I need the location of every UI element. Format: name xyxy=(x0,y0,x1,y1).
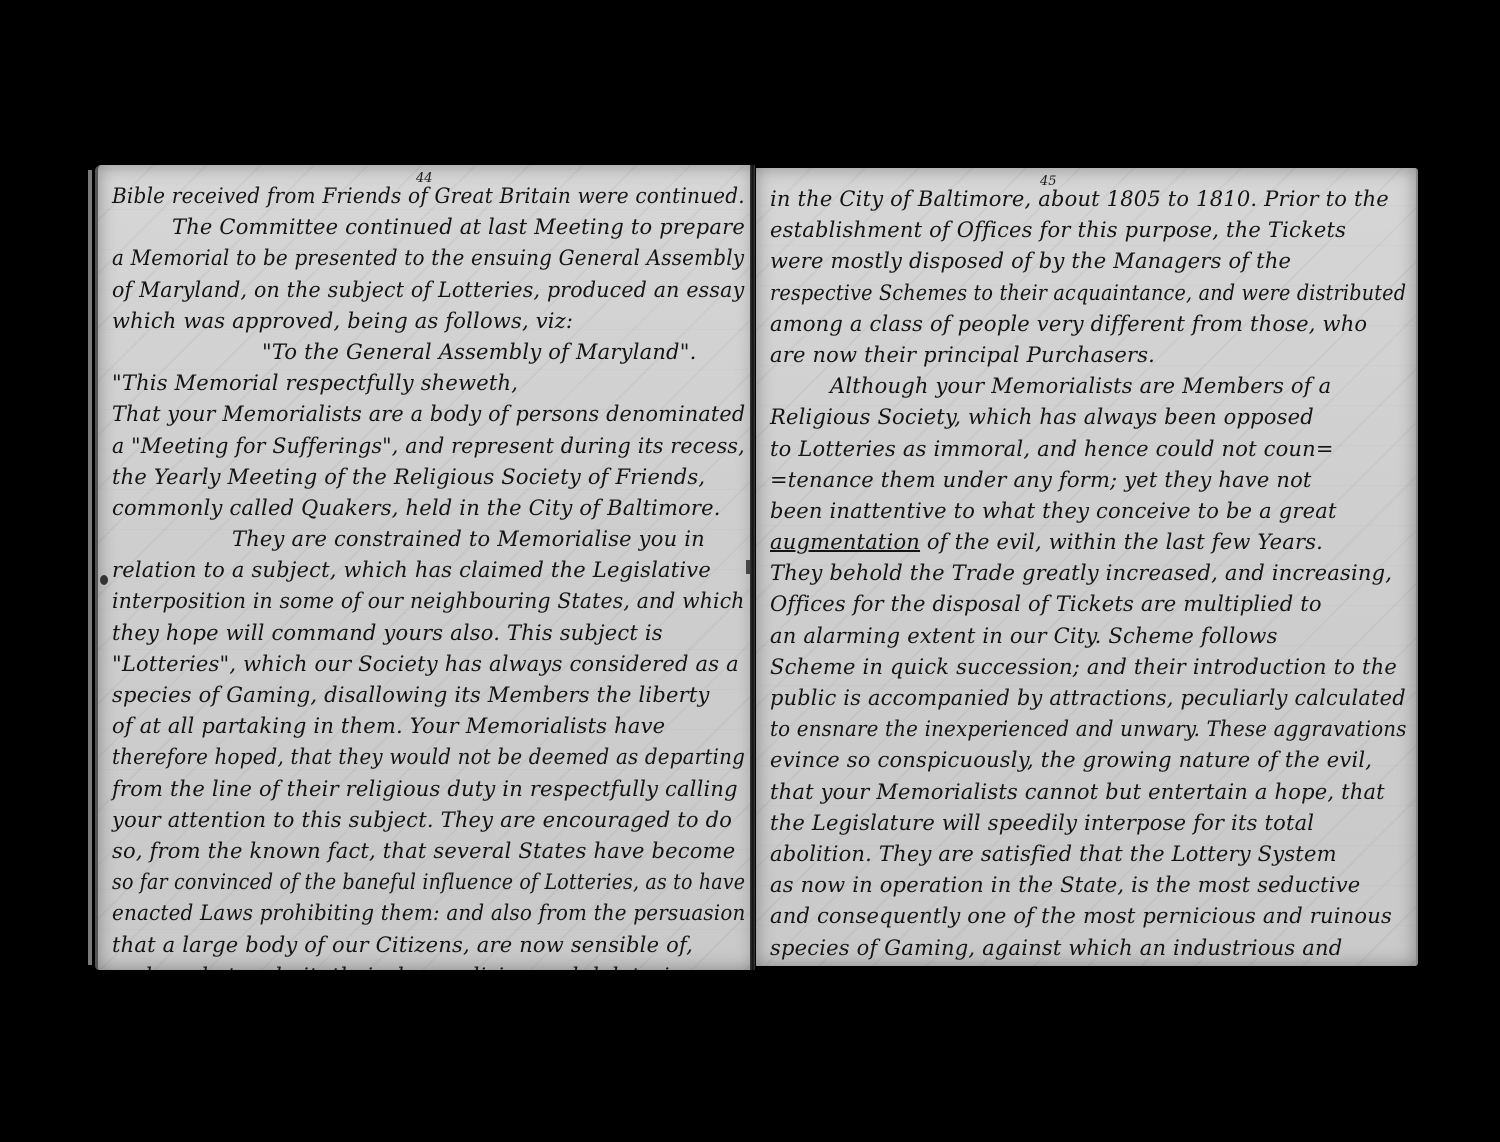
text-line: a "Meeting for Sufferings", and represen… xyxy=(112,431,730,462)
text-line: commonly called Quakers, held in the Cit… xyxy=(112,493,745,524)
text-line: respective Schemes to their acquaintance… xyxy=(770,278,1351,309)
text-line: "Lotteries", which our Society has alway… xyxy=(112,649,745,680)
text-line: The Committee continued at last Meeting … xyxy=(112,212,745,243)
text-line: establishment of Offices for this purpos… xyxy=(770,215,1406,246)
underlined-word: augmentation xyxy=(770,530,920,554)
text-line: =tenance them under any form; yet they h… xyxy=(770,465,1406,496)
text-line: relation to a subject, which has claimed… xyxy=(112,555,745,586)
book-gutter xyxy=(750,165,755,970)
text-line: "This Memorial respectfully sheweth, xyxy=(112,368,745,399)
handwritten-text: in the City of Baltimore, about 1805 to … xyxy=(770,184,1406,966)
text-line: been inattentive to what they conceive t… xyxy=(770,496,1406,527)
text-line: which was approved, being as follows, vi… xyxy=(112,306,745,337)
text-line: that a large body of our Citizens, are n… xyxy=(112,930,745,961)
handwritten-text: Bible received from Friends of Great Bri… xyxy=(112,181,745,970)
left-page: 44 Bible received from Friends of Great … xyxy=(95,165,755,970)
text-line: of Maryland, on the subject of Lotteries… xyxy=(112,275,731,306)
text-line: enacted Laws prohibiting them: and also … xyxy=(112,898,712,929)
text-line: They behold the Trade greatly increased,… xyxy=(770,558,1406,589)
text-line: the Yearly Meeting of the Religious Soci… xyxy=(112,462,745,493)
text-line: evince so conspicuously, the growing nat… xyxy=(770,745,1406,776)
text-line: and consequently one of the most pernici… xyxy=(770,901,1406,932)
text-line: therefore hoped, that they would not be … xyxy=(112,742,711,773)
text-line: augmentation of the evil, within the las… xyxy=(770,527,1406,558)
ink-stain xyxy=(100,575,108,585)
text-line: That your Memorialists are a body of per… xyxy=(112,399,736,430)
text-line: an alarming extent in our City. Scheme f… xyxy=(770,621,1406,652)
text-line: public is accompanied by attractions, pe… xyxy=(770,683,1403,714)
text-line: are now their principal Purchasers. xyxy=(770,340,1406,371)
text-line: your attention to this subject. They are… xyxy=(112,805,745,836)
text-line: Religious Society, which has always been… xyxy=(770,402,1406,433)
text-line: species of Gaming, against which an indu… xyxy=(770,933,1406,964)
text-line: in the City of Baltimore, about 1805 to … xyxy=(770,184,1406,215)
text-line: interposition in some of our neighbourin… xyxy=(112,586,725,617)
manuscript-scan: 44 Bible received from Friends of Great … xyxy=(0,0,1500,1142)
text-line: species of Gaming, disallowing its Membe… xyxy=(112,680,745,711)
text-line: so, from the known fact, that several St… xyxy=(112,836,745,867)
text-line: among a class of people very different f… xyxy=(770,309,1406,340)
text-line: They are constrained to Memorialise you … xyxy=(112,524,745,555)
text-line: Although your Memorialists are Members o… xyxy=(770,371,1406,402)
text-line: a Memorial to be presented to the ensuin… xyxy=(112,243,713,274)
text-line: the Legislature will speedily interpose … xyxy=(770,808,1406,839)
text-line: Scheme in quick succession; and their in… xyxy=(770,652,1406,683)
text-line: Bible received from Friends of Great Bri… xyxy=(112,181,717,212)
text-line: as now in operation in the State, is the… xyxy=(770,870,1406,901)
text-line: "To the General Assembly of Maryland". xyxy=(112,337,745,368)
right-page: 45 in the City of Baltimore, about 1805 … xyxy=(756,168,1418,966)
text-line: they hope will command yours also. This … xyxy=(112,618,745,649)
book-edge xyxy=(88,170,92,965)
text-line: that your Memorialists cannot but entert… xyxy=(770,777,1406,808)
text-line: and ready to admit, their demoralising a… xyxy=(112,961,745,970)
text-line: to ensnare the inexperienced and unwary.… xyxy=(770,714,1370,745)
text-line: Offices for the disposal of Tickets are … xyxy=(770,589,1406,620)
text-line: moral Community have to contend. xyxy=(770,964,1406,966)
text-line: abolition. They are satisfied that the L… xyxy=(770,839,1406,870)
text-line: to Lotteries as immoral, and hence could… xyxy=(770,434,1406,465)
text-line: of at all partaking in them. Your Memori… xyxy=(112,711,745,742)
text-line: so far convinced of the baneful influenc… xyxy=(112,867,685,898)
text-line: were mostly disposed of by the Managers … xyxy=(770,246,1406,277)
text-line: from the line of their religious duty in… xyxy=(112,774,745,805)
